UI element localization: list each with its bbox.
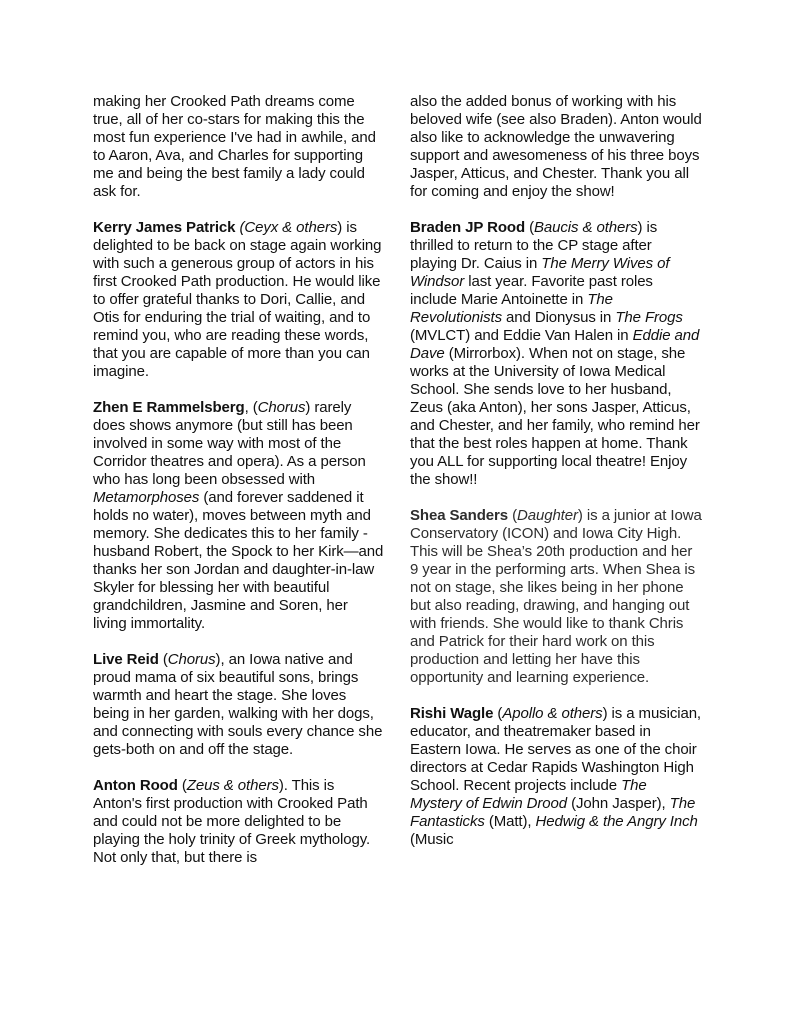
cast-role: Apollo & others xyxy=(502,705,602,722)
cast-name: Anton Rood xyxy=(93,777,178,794)
cast-role: Zeus & others xyxy=(187,777,279,794)
bio-text: also the added bonus of working with his… xyxy=(410,93,702,200)
bio-text: is a junior at Iowa Conservatory (ICON) … xyxy=(410,507,702,686)
cast-name: Zhen E Rammelsberg xyxy=(93,399,245,416)
bio-rishi-wagle: Rishi Wagle (Apollo & others) is a music… xyxy=(410,705,702,849)
cast-name: Braden JP Rood xyxy=(410,219,525,236)
left-column: making her Crooked Path dreams come true… xyxy=(93,93,385,885)
cast-name: Shea Sanders xyxy=(410,507,508,524)
bio-kerry-james-patrick: Kerry James Patrick (Ceyx & others) is d… xyxy=(93,219,385,381)
show-title: Hedwig & the Angry Inch xyxy=(536,813,698,830)
cast-role: Chorus xyxy=(258,399,306,416)
bio-text: making her Crooked Path dreams come true… xyxy=(93,93,376,200)
cast-name: Live Reid xyxy=(93,651,159,668)
cast-role: Daughter xyxy=(517,507,578,524)
show-title: Metamorphoses xyxy=(93,489,199,506)
role-paren: ( xyxy=(235,219,244,236)
cast-role: Baucis & others xyxy=(534,219,638,236)
role-paren: , ( xyxy=(245,399,258,416)
cast-name: Rishi Wagle xyxy=(410,705,493,722)
bio-text: (and forever saddened it holds no water)… xyxy=(93,489,383,632)
bio-text: (MVLCT) and Eddie Van Halen in xyxy=(410,327,633,344)
role-paren: ( xyxy=(178,777,187,794)
bio-anton-rood: Anton Rood (Zeus & others). This is Anto… xyxy=(93,777,385,867)
bio-text: (Music xyxy=(410,831,454,848)
bio-zhen-e-rammelsberg: Zhen E Rammelsberg, (Chorus) rarely does… xyxy=(93,399,385,633)
bio-anton-rood-continued: also the added bonus of working with his… xyxy=(410,93,702,201)
bio-text: is delighted to be back on stage again w… xyxy=(93,219,381,380)
role-paren: ( xyxy=(493,705,502,722)
bio-continuation: making her Crooked Path dreams come true… xyxy=(93,93,385,201)
bio-braden-jp-rood: Braden JP Rood (Baucis & others) is thri… xyxy=(410,219,702,489)
bio-text: (Mirrorbox). When not on stage, she work… xyxy=(410,345,700,488)
bio-text: (John Jasper), xyxy=(567,795,670,812)
role-paren: ( xyxy=(525,219,534,236)
bio-shea-sanders: Shea Sanders (Daughter) is a junior at I… xyxy=(410,507,702,687)
bio-text: and Dionysus in xyxy=(502,309,615,326)
role-paren: ( xyxy=(159,651,168,668)
right-column: also the added bonus of working with his… xyxy=(410,93,702,867)
cast-role: Chorus xyxy=(168,651,216,668)
role-paren: ( xyxy=(508,507,517,524)
bio-text: (Matt), xyxy=(485,813,536,830)
cast-role: Ceyx & others xyxy=(244,219,337,236)
show-title: The Frogs xyxy=(615,309,682,326)
bio-live-reid: Live Reid (Chorus), an Iowa native and p… xyxy=(93,651,385,759)
cast-name: Kerry James Patrick xyxy=(93,219,235,236)
